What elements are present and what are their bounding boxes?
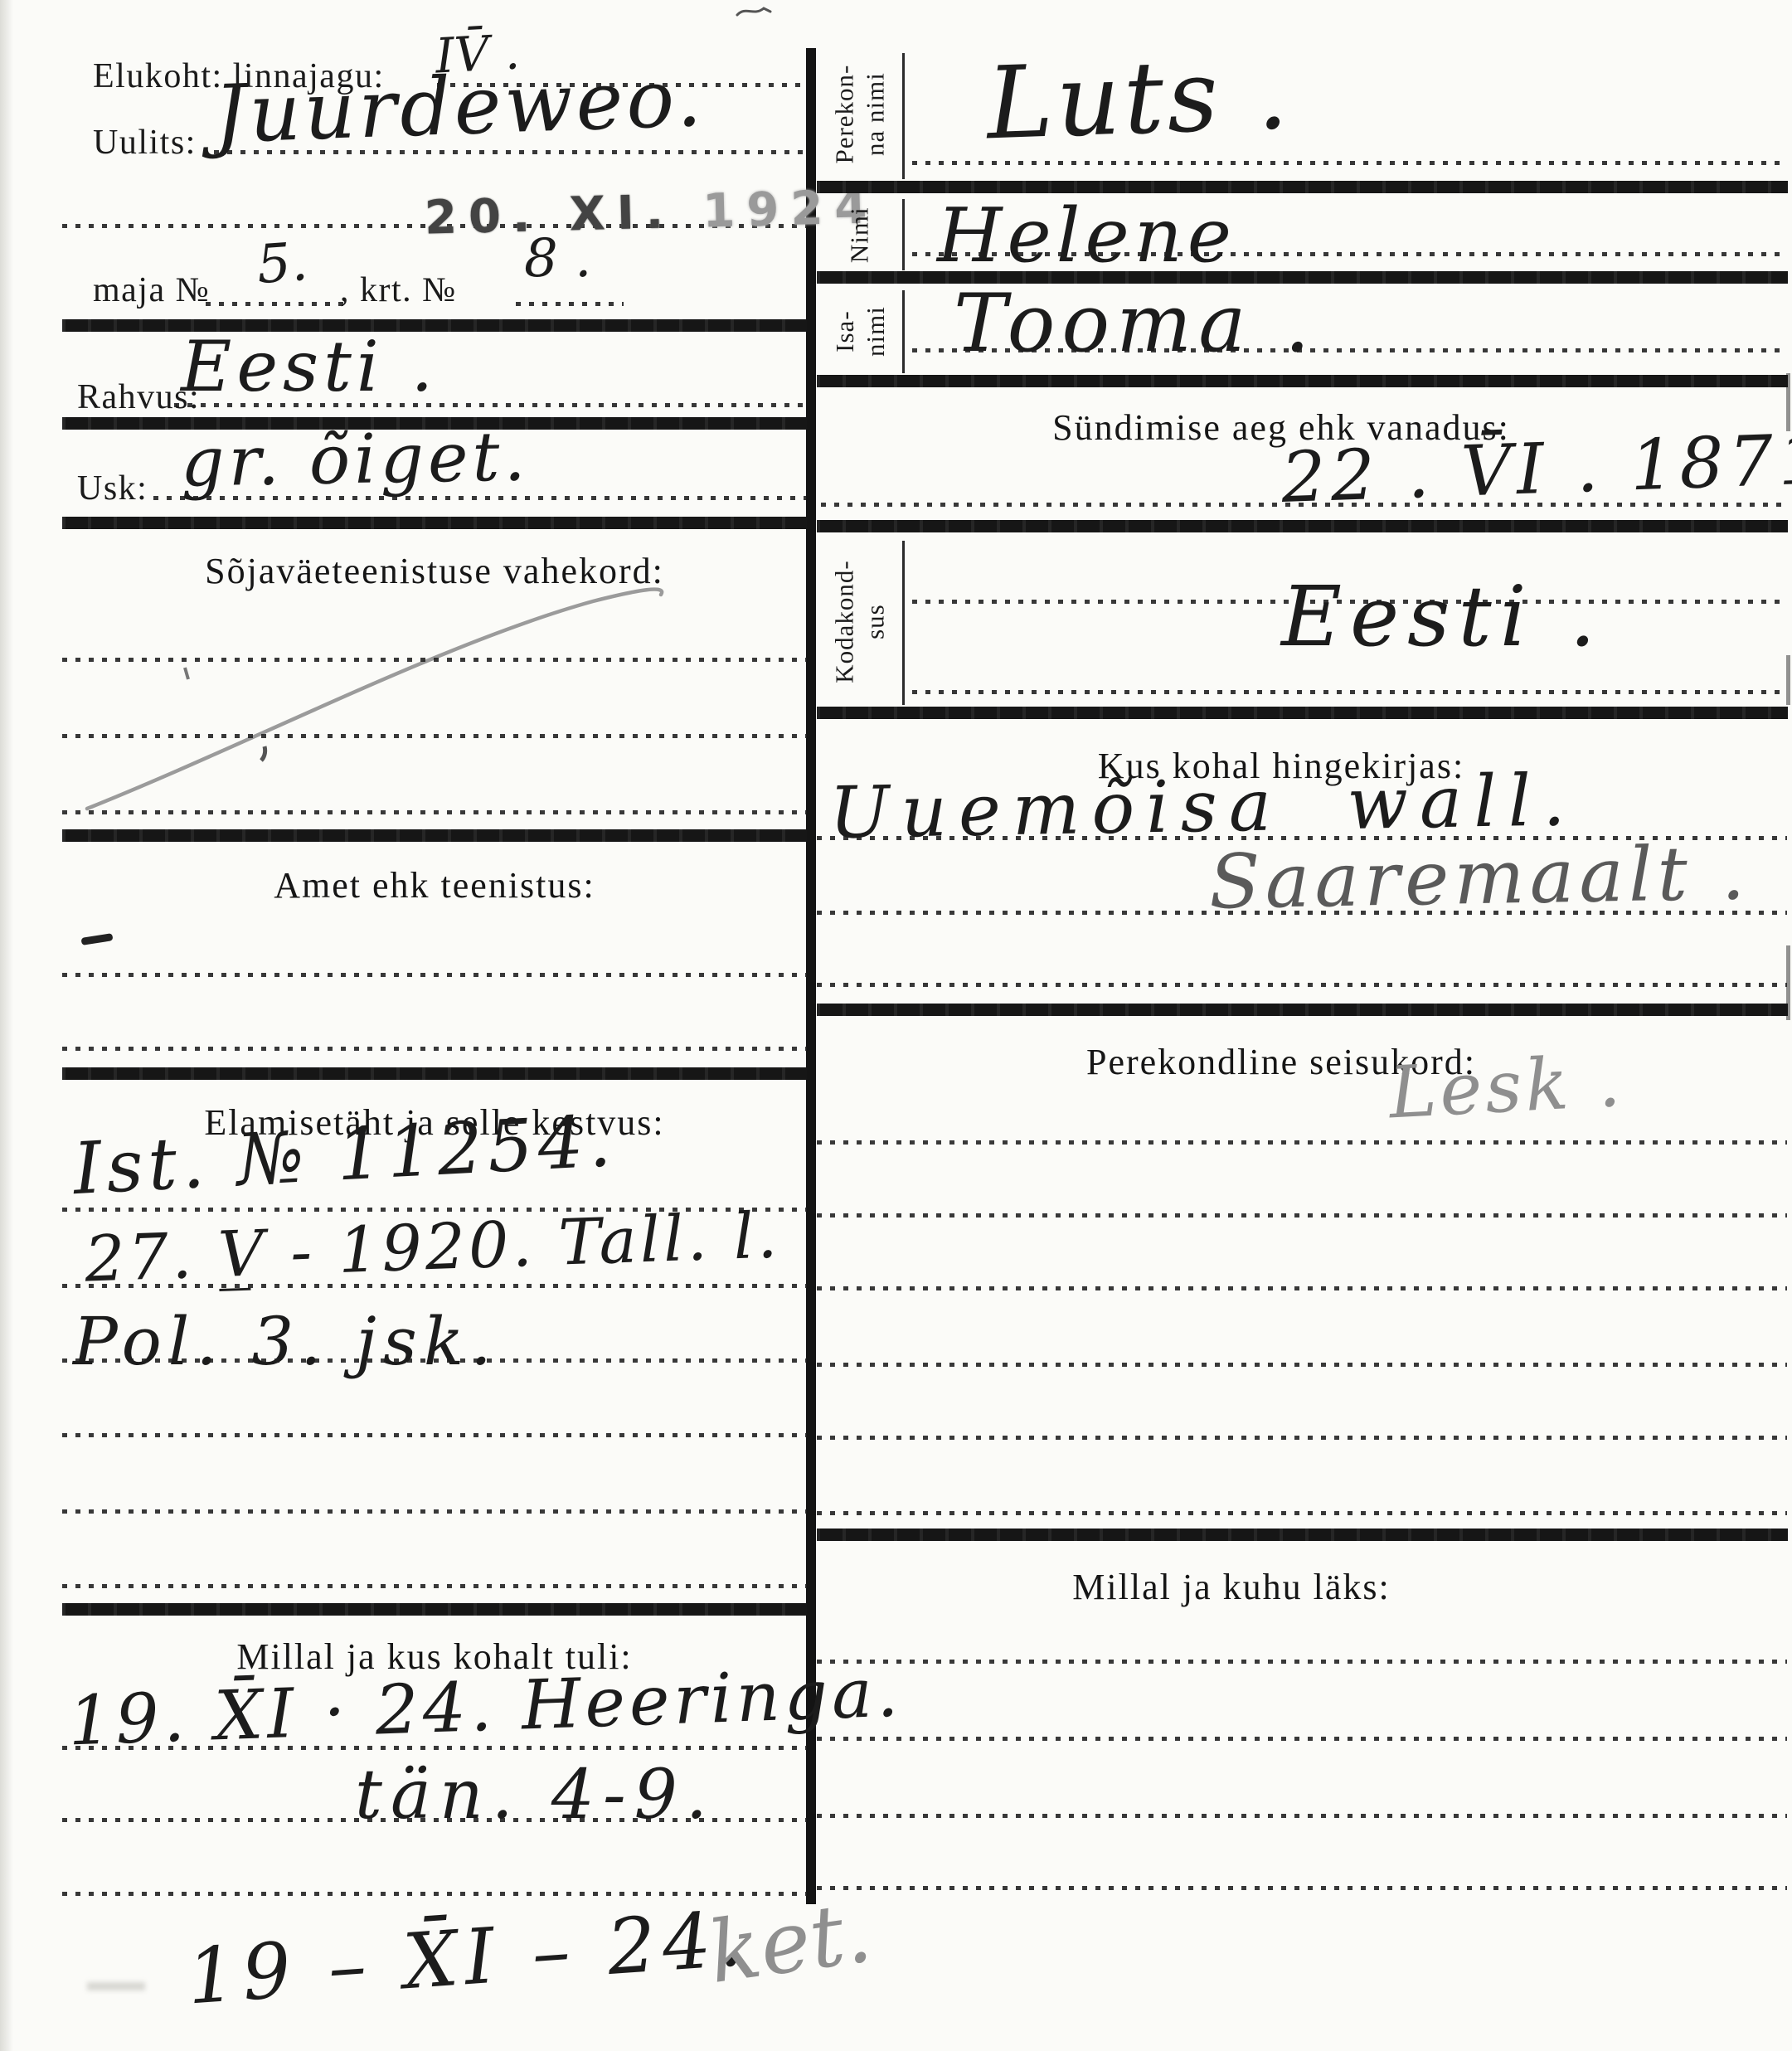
dotted-rule bbox=[62, 734, 807, 738]
dotted-rule bbox=[817, 1886, 1787, 1890]
fathername-label-cell: Isa- nimi bbox=[818, 290, 901, 373]
section-divider bbox=[62, 517, 807, 529]
register-card-scan: Elukoht: linnajagu: IV̄ . Uulits: Juurde… bbox=[0, 0, 1792, 2051]
dotted-rule bbox=[62, 1818, 807, 1822]
section-divider bbox=[62, 1603, 807, 1616]
dotted-rule bbox=[62, 1047, 807, 1051]
footnote-initials: ket. bbox=[704, 1890, 877, 1996]
dotted-rule bbox=[62, 1509, 807, 1514]
religion-value: gr. õiget. bbox=[180, 423, 530, 497]
street-label: Uulits: bbox=[93, 123, 197, 163]
dotted-rule bbox=[62, 658, 807, 662]
citizenship-label-line1: Kodakond- bbox=[829, 561, 860, 683]
nationality-value: Eesti . bbox=[181, 332, 438, 401]
dotted-rule bbox=[62, 1892, 807, 1896]
dotted-rule bbox=[821, 503, 1787, 507]
street-value: Juurdeweo. bbox=[213, 58, 707, 155]
citizenship-label-line2: sus bbox=[860, 561, 891, 683]
firstname-label: Nimi bbox=[845, 207, 876, 263]
label-cell-separator bbox=[902, 290, 905, 373]
citizenship-value: Eesti . bbox=[1281, 576, 1604, 659]
surname-label-line1: Perekon- bbox=[829, 65, 860, 164]
dotted-rule bbox=[62, 1433, 807, 1437]
section-divider bbox=[817, 520, 1788, 532]
section-divider bbox=[817, 181, 1788, 193]
firstname-value: Helene bbox=[937, 199, 1236, 274]
residence-permit-line3: Pol. 3. jsk. bbox=[73, 1309, 498, 1375]
scan-mark-icon bbox=[734, 2, 784, 23]
apartment-number-value: 8 . bbox=[524, 232, 591, 285]
occupation-heading: Amet ehk teenistus: bbox=[62, 864, 807, 906]
dotted-rule bbox=[214, 150, 806, 154]
dotted-rule bbox=[817, 1436, 1787, 1440]
religion-label: Usk: bbox=[77, 469, 148, 508]
dotted-rule bbox=[62, 810, 807, 814]
label-cell-separator bbox=[902, 199, 905, 270]
fathername-label-line2: nimi bbox=[860, 307, 891, 357]
section-divider bbox=[817, 1529, 1788, 1541]
apartment-number-label: , krt. № bbox=[340, 270, 457, 310]
dotted-rule bbox=[817, 1140, 1787, 1145]
scan-edge-shadow bbox=[0, 0, 13, 2051]
label-cell-separator bbox=[902, 53, 905, 179]
dotted-rule bbox=[206, 302, 347, 306]
surname-value: Luts . bbox=[985, 45, 1293, 155]
dotted-rule bbox=[817, 1286, 1787, 1290]
section-divider bbox=[817, 707, 1788, 719]
firstname-label-cell: Nimi bbox=[818, 199, 901, 270]
dotted-rule bbox=[516, 302, 624, 306]
birthdate-value: 22 . V̄I . 1871. bbox=[1280, 423, 1792, 513]
date-stamp: 20. XI. 1924 bbox=[424, 180, 879, 245]
dotted-rule bbox=[62, 1746, 807, 1750]
label-cell-separator bbox=[902, 541, 905, 705]
dotted-rule bbox=[817, 1660, 1787, 1664]
dotted-rule bbox=[62, 1358, 807, 1363]
section-divider bbox=[817, 1004, 1788, 1016]
dotted-rule bbox=[174, 403, 806, 407]
dotted-rule bbox=[912, 348, 1788, 352]
dotted-rule bbox=[62, 1584, 807, 1588]
dotted-rule bbox=[817, 983, 1787, 987]
footnote-date: 19 – X̄I – 24. bbox=[185, 1900, 751, 2015]
house-number-label: maja № bbox=[93, 270, 210, 310]
pencil-smudge bbox=[87, 1982, 145, 1990]
center-divider bbox=[806, 48, 816, 1904]
house-number-value: 5. bbox=[255, 236, 309, 292]
scan-edge-tick bbox=[1786, 655, 1790, 705]
citizenship-label-cell: Kodakond- sus bbox=[818, 539, 901, 705]
dotted-rule bbox=[817, 1814, 1787, 1818]
dotted-rule bbox=[817, 911, 1787, 915]
marital-status-value: Lesk . bbox=[1387, 1046, 1625, 1130]
dotted-rule bbox=[62, 1284, 807, 1288]
surname-label-cell: Perekon- na nimi bbox=[818, 50, 901, 179]
dotted-rule bbox=[817, 1363, 1787, 1367]
fathername-label: Isa- nimi bbox=[829, 307, 890, 357]
pencil-stroke bbox=[62, 543, 817, 825]
dotted-rule bbox=[912, 161, 1788, 165]
dotted-rule bbox=[817, 1737, 1787, 1741]
residence-permit-line2: 27. V̲ - 1920. Tall. l. bbox=[84, 1203, 781, 1290]
dotted-rule bbox=[912, 252, 1788, 256]
dotted-rule bbox=[62, 973, 807, 977]
dotted-rule bbox=[153, 496, 806, 500]
section-divider bbox=[817, 375, 1788, 387]
citizenship-label: Kodakond- sus bbox=[829, 561, 890, 683]
section-divider bbox=[62, 829, 807, 842]
dotted-rule bbox=[817, 1511, 1787, 1515]
dotted-rule bbox=[912, 690, 1788, 694]
departure-heading: Millal ja kuhu läks: bbox=[817, 1566, 1646, 1608]
dotted-rule bbox=[817, 1213, 1787, 1217]
fathername-label-line1: Isa- bbox=[829, 307, 860, 357]
surname-label-line2: na nimi bbox=[860, 65, 891, 164]
dash-mark bbox=[81, 933, 114, 945]
parish-register-line2: Saaremaalt . bbox=[1208, 836, 1751, 920]
section-divider bbox=[62, 1067, 807, 1080]
firstname-label-line1: Nimi bbox=[845, 207, 876, 263]
surname-label: Perekon- na nimi bbox=[829, 65, 890, 164]
